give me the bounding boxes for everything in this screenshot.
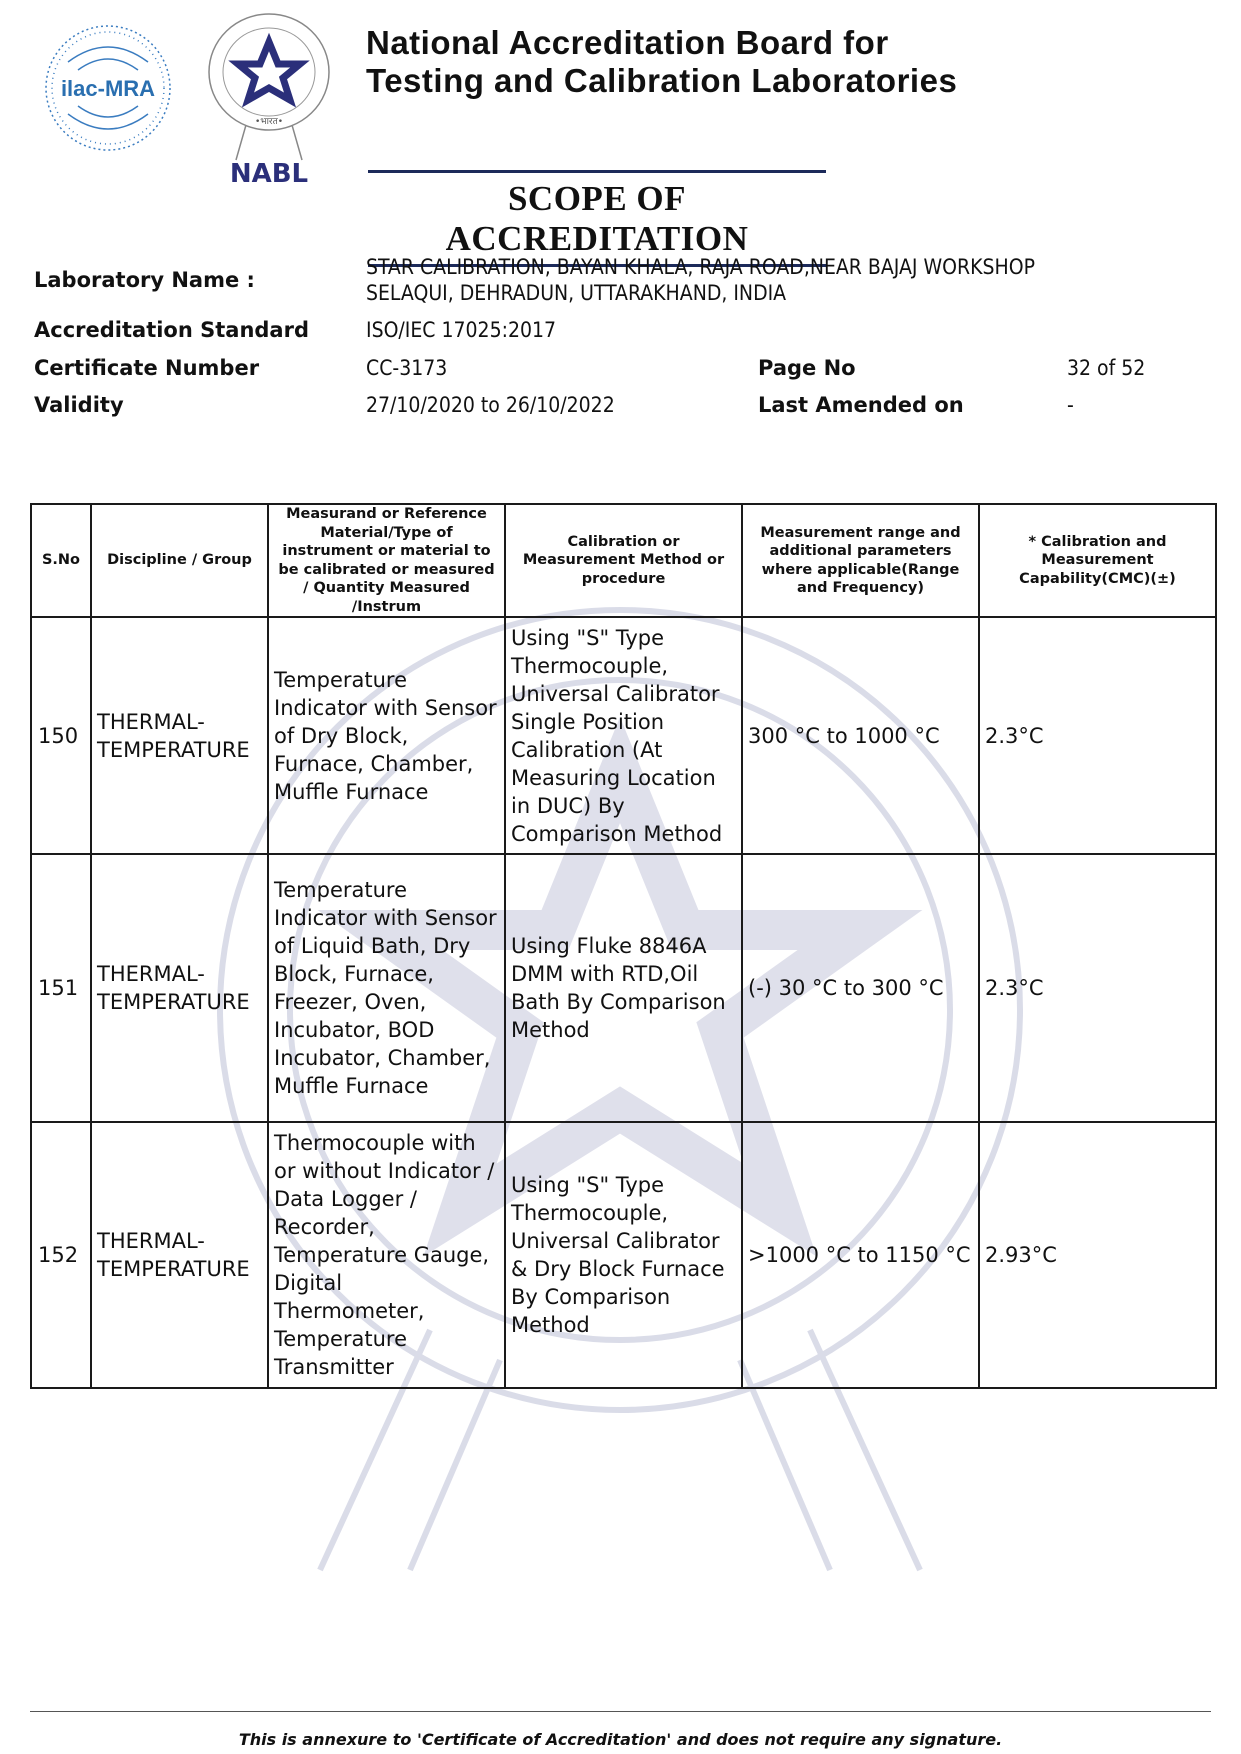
validity-label: Validity — [34, 392, 124, 418]
col-header-range: Measurement range and additional paramet… — [742, 504, 979, 617]
col-header-cmc: * Calibration and Measurement Capability… — [979, 504, 1216, 617]
certificate-value: CC-3173 — [366, 355, 447, 381]
col-header-discipline: Discipline / Group — [91, 504, 268, 617]
cell-range: 300 °C to 1000 °C — [742, 617, 979, 854]
table-header-row: S.No Discipline / Group Measurand or Ref… — [31, 504, 1216, 617]
scope-heading: SCOPE OF ACCREDITATION — [368, 170, 826, 267]
cell-sno: 151 — [31, 854, 91, 1122]
lab-name-line-2: SELAQUI, DEHRADUN, UTTARAKHAND, INDIA — [366, 280, 786, 306]
ilac-mra-logo: ilac-MRA — [42, 22, 174, 154]
cell-range: (-) 30 °C to 300 °C — [742, 854, 979, 1122]
svg-text:•भारत•: •भारत• — [255, 117, 283, 127]
col-header-method: Calibration or Measurement Method or pro… — [505, 504, 742, 617]
col-header-measurand: Measurand or Reference Material/Type of … — [268, 504, 505, 617]
cell-discipline: THERMAL-TEMPERATURE — [91, 1122, 268, 1388]
footer-divider — [30, 1711, 1211, 1712]
cell-measurand: Temperature Indicator with Sensor of Liq… — [268, 854, 505, 1122]
validity-value: 27/10/2020 to 26/10/2022 — [366, 392, 615, 418]
cell-method: Using Fluke 8846A DMM with RTD,Oil Bath … — [505, 854, 742, 1122]
lab-name-line-1: STAR CALIBRATION, BAYAN KHALA, RAJA ROAD… — [366, 254, 1035, 280]
footer-note: This is annexure to 'Certificate of Accr… — [0, 1730, 1241, 1749]
standard-label: Accreditation Standard — [34, 317, 309, 343]
cell-range: >1000 °C to 1150 °C — [742, 1122, 979, 1388]
cell-sno: 150 — [31, 617, 91, 854]
org-title-line-2: Testing and Calibration Laboratories — [366, 62, 957, 100]
scope-table: S.No Discipline / Group Measurand or Ref… — [30, 503, 1217, 1389]
cell-cmc: 2.93°C — [979, 1122, 1216, 1388]
table-row: 151 THERMAL-TEMPERATURE Temperature Indi… — [31, 854, 1216, 1122]
lab-name-label: Laboratory Name : — [34, 267, 255, 293]
certificate-label: Certificate Number — [34, 355, 259, 381]
cell-discipline: THERMAL-TEMPERATURE — [91, 617, 268, 854]
page-value: 32 of 52 — [1067, 355, 1145, 381]
svg-text:NABL: NABL — [230, 159, 308, 189]
col-header-sno: S.No — [31, 504, 91, 617]
cell-cmc: 2.3°C — [979, 854, 1216, 1122]
cell-sno: 152 — [31, 1122, 91, 1388]
last-amended-value: - — [1067, 392, 1074, 418]
svg-text:ilac-MRA: ilac-MRA — [61, 76, 155, 101]
org-title-line-1: National Accreditation Board for — [366, 24, 957, 62]
cell-cmc: 2.3°C — [979, 617, 1216, 854]
standard-value: ISO/IEC 17025:2017 — [366, 317, 556, 343]
last-amended-label: Last Amended on — [758, 392, 964, 418]
nabl-logo: •भारत• NABL — [196, 10, 342, 190]
cell-measurand: Thermocouple with or without Indicator /… — [268, 1122, 505, 1388]
page-label: Page No — [758, 355, 856, 381]
table-row: 152 THERMAL-TEMPERATURE Thermocouple wit… — [31, 1122, 1216, 1388]
cell-measurand: Temperature Indicator with Sensor of Dry… — [268, 617, 505, 854]
cell-discipline: THERMAL-TEMPERATURE — [91, 854, 268, 1122]
scope-title: SCOPE OF ACCREDITATION — [368, 173, 826, 264]
table-row: 150 THERMAL-TEMPERATURE Temperature Indi… — [31, 617, 1216, 854]
cell-method: Using "S" Type Thermocouple, Universal C… — [505, 617, 742, 854]
organization-title: National Accreditation Board for Testing… — [366, 24, 957, 100]
cell-method: Using "S" Type Thermocouple, Universal C… — [505, 1122, 742, 1388]
